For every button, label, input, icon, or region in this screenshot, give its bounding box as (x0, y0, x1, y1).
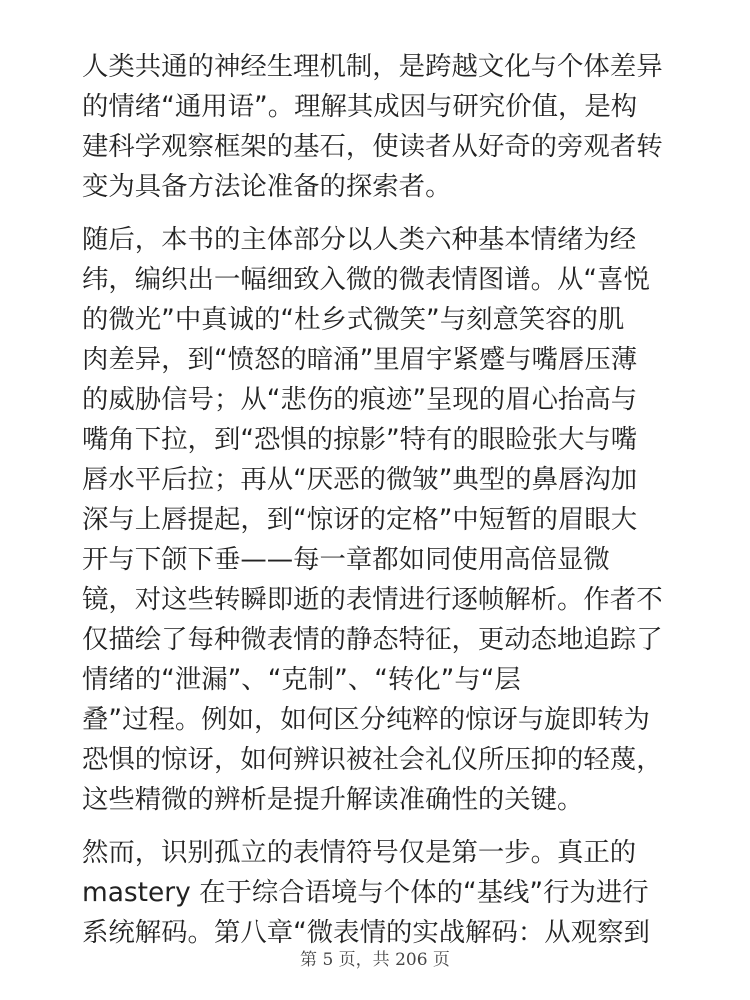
text-line: 恐惧的惊讶，如何辨识被社会礼仪所压抑的轻蔑， (82, 740, 682, 780)
text-line: 变为具备方法论准备的探索者。 (82, 167, 682, 207)
text-line: 深与上唇提起，到“惊讶的定格”中短暂的眉眼大 (82, 500, 682, 540)
paragraph-1: 人类共通的神经生理机制，是跨越文化与个体差异 的情绪“通用语”。理解其成因与研究… (82, 47, 682, 207)
paragraph-2: 随后，本书的主体部分以人类六种基本情绪为经 纬，编织出一幅细致入微的微表情图谱。… (82, 220, 682, 820)
text-line: 然而，识别孤立的表情符号仅是第一步。真正的 (82, 833, 682, 873)
text-line: 唇水平后拉；再从“厌恶的微皱”典型的鼻唇沟加 (82, 460, 682, 500)
text-line: 镜，对这些转瞬即逝的表情进行逐帧解析。作者不 (82, 580, 682, 620)
text-line: 开与下颌下垂——每一章都如同使用高倍显微 (82, 540, 682, 580)
text-line: mastery 在于综合语境与个体的“基线”行为进行 (82, 873, 682, 913)
text-line: 仅描绘了每种微表情的静态特征，更动态地追踪了 (82, 620, 682, 660)
document-page: 人类共通的神经生理机制，是跨越文化与个体差异 的情绪“通用语”。理解其成因与研究… (82, 47, 682, 966)
text-line: 的威胁信号；从“悲伤的痕迹”呈现的眉心抬高与 (82, 380, 682, 420)
page-number-footer: 第 5 页，共 206 页 (0, 948, 750, 972)
paragraph-3: 然而，识别孤立的表情符号仅是第一步。真正的 mastery 在于综合语境与个体的… (82, 833, 682, 953)
text-line: 纬，编织出一幅细致入微的微表情图谱。从“喜悦 (82, 260, 682, 300)
text-line: 的情绪“通用语”。理解其成因与研究价值，是构 (82, 87, 682, 127)
text-line: 人类共通的神经生理机制，是跨越文化与个体差异 (82, 47, 682, 87)
text-line: 的微光”中真诚的“杜乡式微笑”与刻意笑容的肌 (82, 300, 682, 340)
text-line: 情绪的“泄漏”、“克制”、“转化”与“层 (82, 660, 682, 700)
text-line: 叠”过程。例如，如何区分纯粹的惊讶与旋即转为 (82, 700, 682, 740)
text-line: 系统解码。第八章“微表情的实战解码：从观察到 (82, 913, 682, 953)
text-line: 建科学观察框架的基石，使读者从好奇的旁观者转 (82, 127, 682, 167)
text-line: 肉差异，到“愤怒的暗涌”里眉宇紧蹙与嘴唇压薄 (82, 340, 682, 380)
text-line: 这些精微的辨析是提升解读准确性的关键。 (82, 780, 682, 820)
text-line: 随后，本书的主体部分以人类六种基本情绪为经 (82, 220, 682, 260)
text-line: 嘴角下拉，到“恐惧的掠影”特有的眼睑张大与嘴 (82, 420, 682, 460)
